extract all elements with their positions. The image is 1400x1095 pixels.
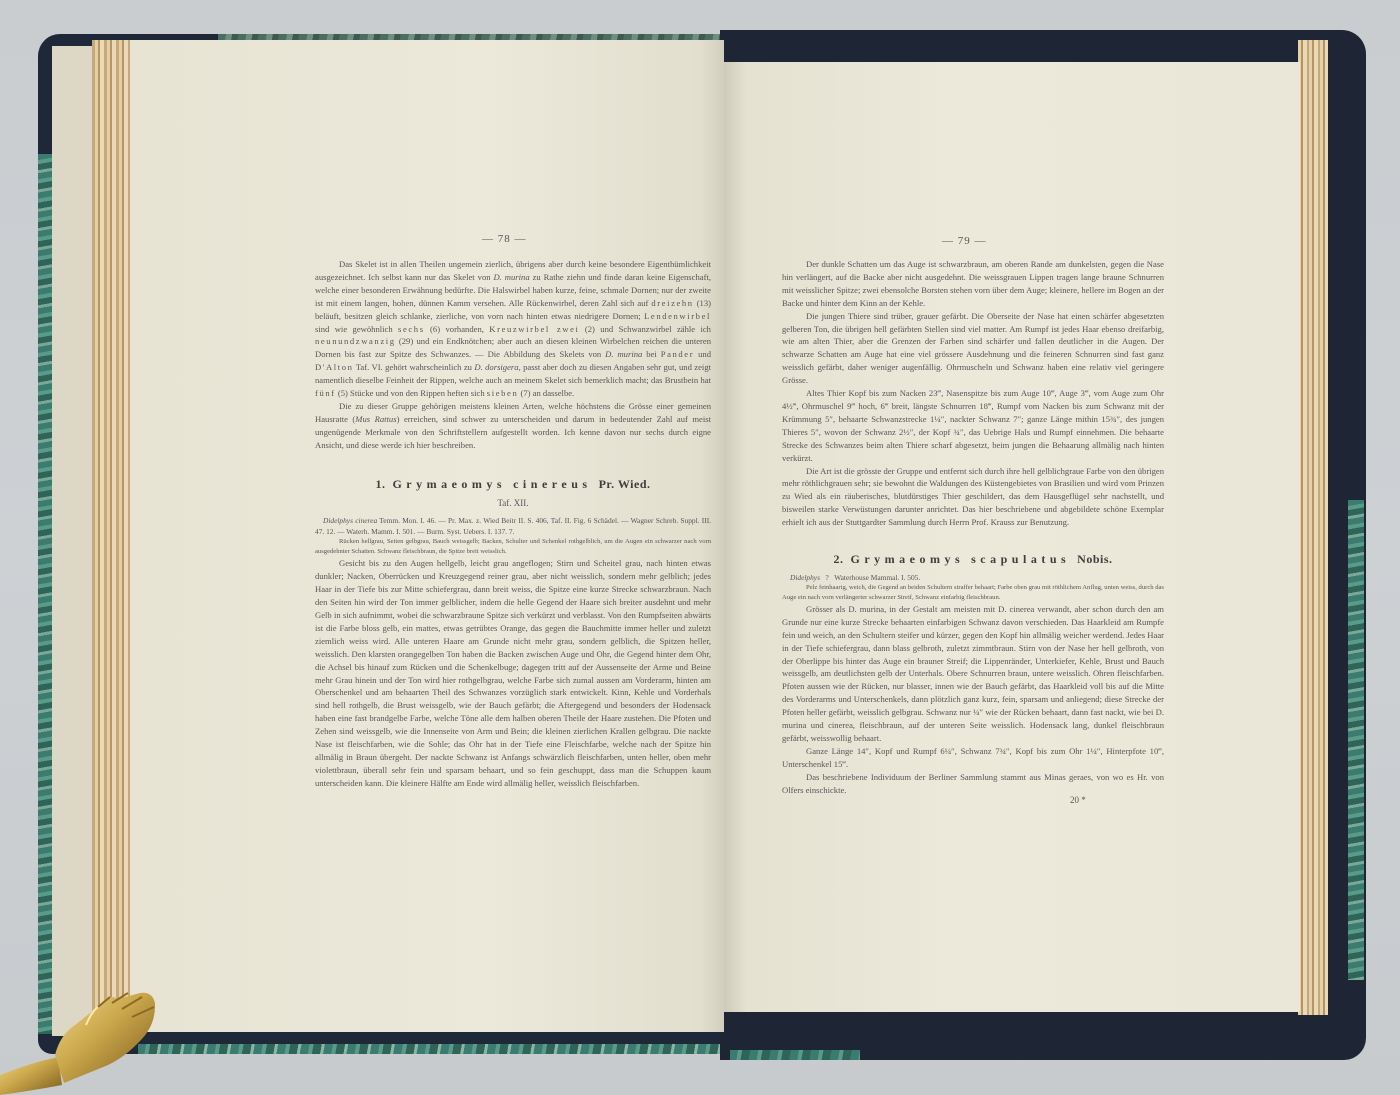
species-number: 1. <box>375 477 385 491</box>
species-number: 2. <box>833 552 843 566</box>
measurements-paragraph: Ganze Länge 14″, Kopf und Rumpf 6¼″, Sch… <box>782 745 1164 771</box>
paragraph-range: Die Art ist die grösste der Gruppe und e… <box>782 465 1164 530</box>
marbled-board-right <box>1348 500 1364 980</box>
page-number-78: — 78 — <box>482 233 527 245</box>
page-number-79: — 79 — <box>942 235 987 247</box>
right-page-text: Der dunkle Schatten um das Auge ist schw… <box>782 258 1164 797</box>
paragraph-juveniles: Die jungen Thiere sind trüber, grauer ge… <box>782 310 1164 387</box>
intro-paragraph-skeleton: Das Skelet ist in allen Theilen ungemein… <box>315 258 711 400</box>
synonymy-refs: ? Waterhouse Mammal. I. 505. <box>820 573 920 582</box>
paragraph-eye-shadow: Der dunkle Schatten um das Auge ist schw… <box>782 258 1164 310</box>
paragraph-measurements: Altes Thier Kopf bis zum Nacken 23‴, Nas… <box>782 387 1164 464</box>
brass-hand-page-weight[interactable] <box>0 985 170 1095</box>
plate-reference: Taf. XII. <box>315 497 711 510</box>
species-author: Pr. Wied. <box>599 477 651 491</box>
species-genus: Grymaeomys <box>850 552 964 566</box>
diagnosis: Pelz feinhaarig, weich, die Gegend an be… <box>782 583 1164 603</box>
synonymy-taxon: Didelphys <box>790 573 820 582</box>
signature-mark: 20 * <box>1070 795 1086 805</box>
species-heading-scapulatus: 2. Grymaeomys scapulatus Nobis. <box>782 553 1164 566</box>
species-epithet: cinereus <box>513 477 591 491</box>
species-heading-cinereus: 1. Grymaeomys cinereus Pr. Wied. <box>315 478 711 491</box>
marbled-board-bottom-right <box>730 1050 860 1060</box>
intro-paragraph-group: Die zu dieser Gruppe gehörigen meistens … <box>315 400 711 452</box>
species-genus: Grymaeomys <box>392 477 506 491</box>
description-paragraph: Gesicht bis zu den Augen hellgelb, leich… <box>315 557 711 789</box>
page-edges-left <box>92 40 132 1030</box>
right-page[interactable]: — 79 — Der dunkle Schatten um das Auge i… <box>724 62 1300 1012</box>
species-author: Nobis. <box>1077 552 1112 566</box>
diagnosis: Rücken hellgrau, Seiten gelbgrau, Bauch … <box>315 537 711 557</box>
species-epithet: scapulatus <box>971 552 1070 566</box>
synonymy-taxon: Didelphys cinerea <box>323 516 377 525</box>
marbled-board-bottom <box>138 1044 738 1054</box>
provenance-paragraph: Das beschriebene Individuum der Berliner… <box>782 771 1164 797</box>
synonymy: Didelphys ? Waterhouse Mammal. I. 505. <box>782 572 1164 583</box>
synonymy: Didelphys cinerea Temm. Mon. I. 46. — Pr… <box>315 515 711 537</box>
description-paragraph: Grösser als D. murina, in der Gestalt am… <box>782 603 1164 745</box>
page-edges-right <box>1298 40 1328 1015</box>
left-page-text: Das Skelet ist in allen Theilen ungemein… <box>315 258 711 790</box>
left-page[interactable]: — 78 — Das Skelet ist in allen Theilen u… <box>130 40 724 1032</box>
